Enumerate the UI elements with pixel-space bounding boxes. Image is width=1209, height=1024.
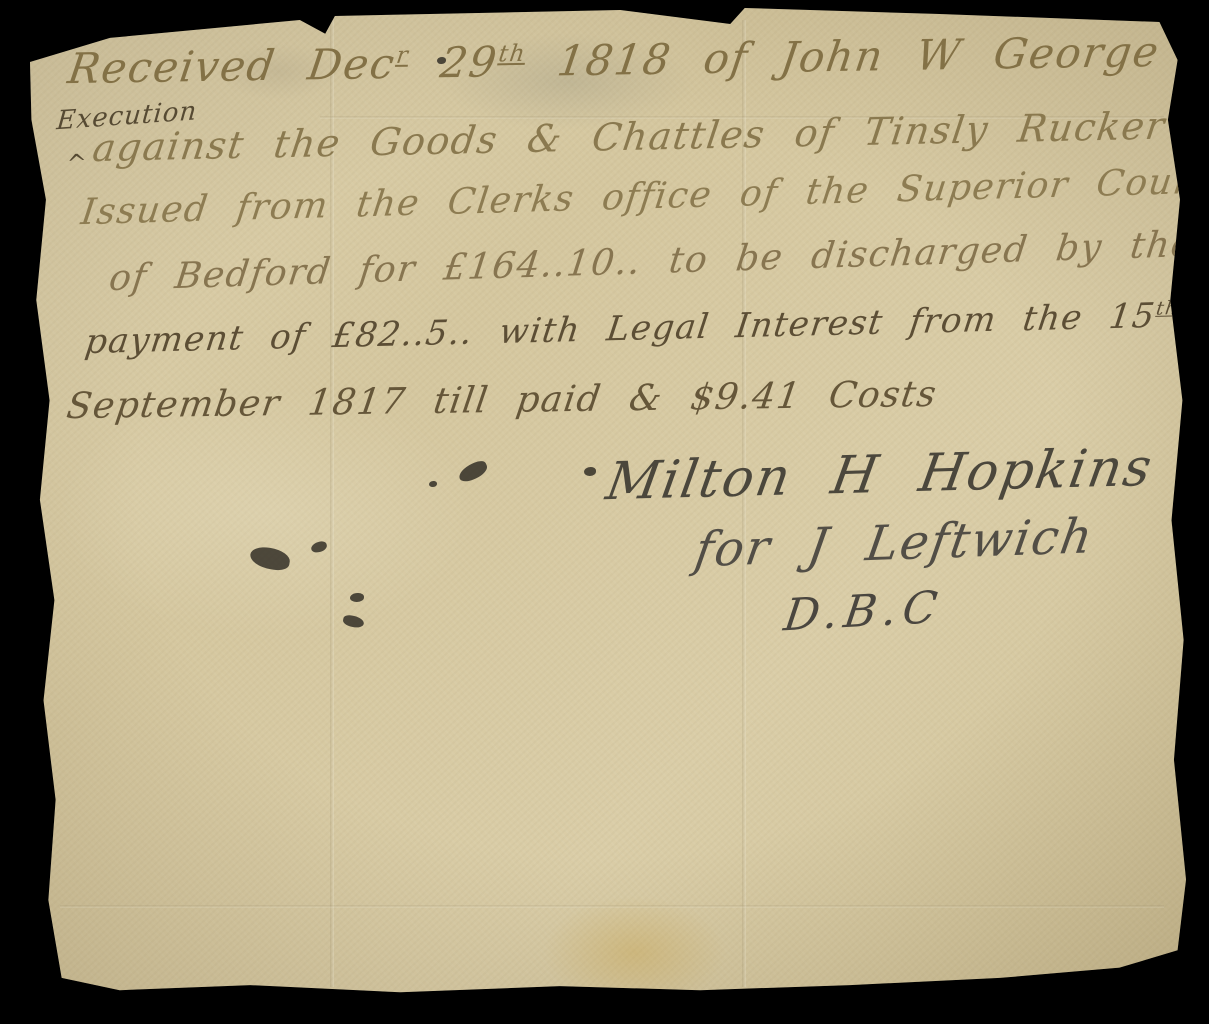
ink-speck bbox=[350, 593, 364, 602]
ink-speck bbox=[437, 57, 446, 64]
document-paper: Received Decr 29th 1818 of John W George… bbox=[0, 0, 1209, 1024]
ink-speck bbox=[310, 540, 328, 554]
text-day: 29 bbox=[405, 37, 501, 88]
fold-crease-vertical-left bbox=[330, 20, 334, 987]
signature-for-line: for J Leftwich bbox=[691, 508, 1098, 578]
ink-blot bbox=[456, 459, 490, 485]
handwriting-line-issued-clerks-office: Issued from the Clerks office of the Sup… bbox=[79, 161, 1209, 234]
ink-speck bbox=[429, 481, 437, 487]
scan-background: Received Decr 29th 1818 of John W George… bbox=[0, 0, 1209, 1024]
insertion-caret-mark: ^ bbox=[66, 149, 89, 178]
handwriting-line-payment-interest: payment of £82..5.. with Legal Interest … bbox=[83, 295, 1181, 362]
signature-name: Milton H Hopkins bbox=[602, 438, 1158, 513]
signature-initials: D.B.C bbox=[781, 582, 946, 642]
ink-speck bbox=[584, 467, 596, 476]
text-year-payer: 1818 of John W George bbox=[522, 27, 1163, 86]
ink-blot bbox=[342, 614, 365, 629]
superscript-th-29: th bbox=[497, 41, 528, 67]
superscript-th-15: th bbox=[1155, 298, 1180, 320]
ink-blot-large bbox=[249, 545, 292, 572]
handwriting-line-september-costs: September 1817 till paid & $9.41 Costs bbox=[64, 374, 940, 427]
text-received-dec: Received Dec bbox=[65, 39, 399, 93]
handwriting-line-against-goods: against the Goods & Chattles of Tinsly R… bbox=[90, 104, 1168, 171]
handwriting-line-received-date: Received Decr 29th 1818 of John W George bbox=[65, 27, 1163, 93]
handwriting-line-bedford-amount: of Bedford for £164..10.. to be discharg… bbox=[107, 224, 1196, 299]
text-payment: payment of £82..5.. with Legal Interest … bbox=[83, 296, 1158, 362]
fold-crease-horizontal-bottom bbox=[60, 905, 1164, 908]
